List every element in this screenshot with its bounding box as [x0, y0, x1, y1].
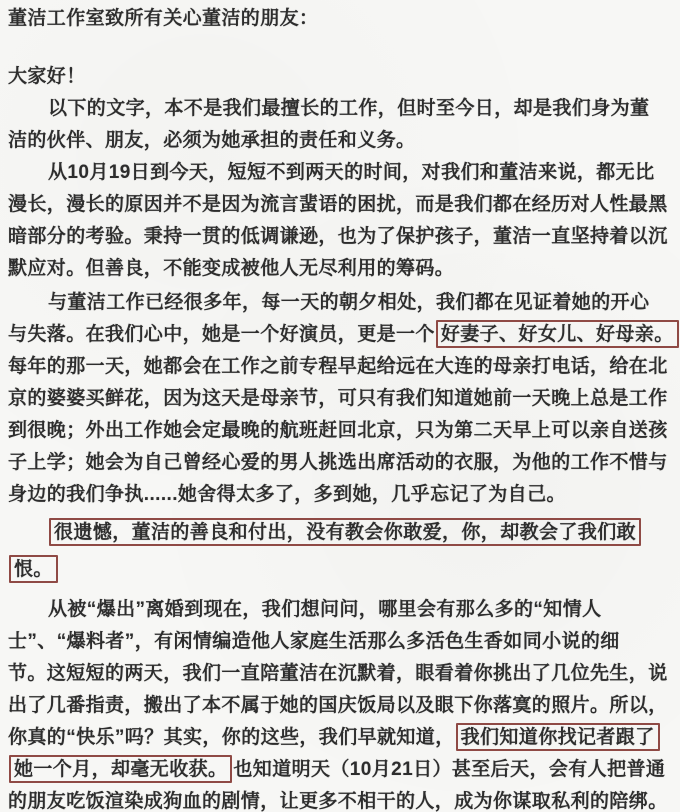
letter-line: 默应对。但善良，不能变成被他人无尽利用的筹码。 [8, 253, 672, 285]
text-segment: 与失落。在我们心中，她是一个好演员，更是一个 [8, 324, 435, 345]
text-segment: 京的婆婆买鲜花，因为这天是母亲节，可只有我们知道她前一天晚上总是工作 [8, 388, 668, 409]
letter-line: 与董洁工作已经很多年，每一天的朝夕相处，我们都在见证着她的开心 [8, 287, 672, 319]
text-segment: 节。这短短的两天，我们一直陪董洁在沉默着，眼看着你挑出了几位先生，说 [8, 663, 668, 684]
text-segment: 以下的文字，本不是我们最擅长的工作，但时至今日，却是我们身为董 [48, 98, 649, 119]
letter-line: 出了几番指责，搬出了本不属于她的国庆饭局以及眼下你落寞的照片。所以， [8, 690, 672, 722]
text-segment: 每年的那一天，她都会在工作之前专程早起给远在大连的母亲打电话，给在北 [8, 356, 668, 377]
text-segment: 也知道明天（10月21日）甚至后天，会有人把普通 [233, 759, 665, 780]
letter-body: 董洁工作室致所有关心董洁的朋友：大家好！以下的文字，本不是我们最擅长的工作，但时… [8, 3, 672, 812]
text-segment: 的朋友吃饭渲染成狗血的剧情，让更多不相干的人，成为你谋取私利的陪绑。 [8, 791, 668, 812]
letter-line: 漫长，漫长的原因并不是因为流言蜚语的困扰，而是我们都在经历对人性最黑 [8, 189, 672, 221]
red-box-highlight: 恨。 [9, 555, 58, 583]
letter-line: 洁的伙伴、朋友，必须为她承担的责任和义务。 [8, 125, 672, 157]
text-segment: 从10月19日到今天，短短不到两天的时间，对我们和董洁来说，都无比 [48, 162, 654, 183]
letter-line: 与失落。在我们心中，她是一个好演员，更是一个好妻子、好女儿、好母亲。 [8, 319, 672, 351]
letter-line: 暗部分的考验。秉持一贯的低调谦逊，也为了保护孩子，董洁一直坚持着以沉 [8, 221, 672, 253]
letter-line: 以下的文字，本不是我们最擅长的工作，但时至今日，却是我们身为董 [8, 93, 672, 125]
red-box-highlight: 很遗憾，董洁的善良和付出，没有教会你敢爱，你，却教会了我们敢 [49, 518, 641, 546]
letter-line: 子上学；她会为自己曾经心爱的男人挑选出席活动的衣服，为他的工作不惜与 [8, 447, 672, 479]
letter-line: 的朋友吃饭渲染成狗血的剧情，让更多不相干的人，成为你谋取私利的陪绑。 [8, 786, 672, 812]
text-segment: 暗部分的考验。秉持一贯的低调谦逊，也为了保护孩子，董洁一直坚持着以沉 [8, 226, 668, 247]
letter-line: 从10月19日到今天，短短不到两天的时间，对我们和董洁来说，都无比 [8, 157, 672, 189]
text-segment: 到很晚；外出工作她会定最晚的航班赶回北京，只为第二天早上可以亲自送孩 [8, 420, 668, 441]
text-segment: 与董洁工作已经很多年，每一天的朝夕相处，我们都在见证着她的开心 [48, 292, 649, 313]
red-box-highlight: 我们知道你找记者跟了 [456, 723, 660, 751]
letter-greeting: 大家好！ [8, 61, 672, 93]
red-box-highlight: 好妻子、好女儿、好母亲。 [436, 320, 679, 348]
text-segment: 从被“爆出”离婚到现在，我们想问问，哪里会有那么多的“知情人 [48, 599, 602, 620]
letter-line: 很遗憾，董洁的善良和付出，没有教会你敢爱，你，却教会了我们敢 [8, 514, 672, 551]
text-segment: 默应对。但善良，不能变成被他人无尽利用的筹码。 [8, 258, 454, 279]
letter-line: 恨。 [8, 551, 672, 588]
red-box-highlight: 她一个月，却毫无收获。 [9, 755, 232, 783]
text-segment: 身边的我们争执......她舍得太多了，多到她，几乎忘记了为自己。 [8, 484, 566, 505]
letter-line: 从被“爆出”离婚到现在，我们想问问，哪里会有那么多的“知情人 [8, 594, 672, 626]
text-segment: 大家好！ [8, 66, 86, 87]
letter-line: 每年的那一天，她都会在工作之前专程早起给远在大连的母亲打电话，给在北 [8, 351, 672, 383]
letter-line: 京的婆婆买鲜花，因为这天是母亲节，可只有我们知道她前一天晚上总是工作 [8, 383, 672, 415]
letter-line: 到很晚；外出工作她会定最晚的航班赶回北京，只为第二天早上可以亲自送孩 [8, 415, 672, 447]
letter-line: 她一个月，却毫无收获。也知道明天（10月21日）甚至后天，会有人把普通 [8, 754, 672, 786]
text-segment: 漫长，漫长的原因并不是因为流言蜚语的困扰，而是我们都在经历对人性最黑 [8, 194, 668, 215]
letter-line: 身边的我们争执......她舍得太多了，多到她，几乎忘记了为自己。 [8, 479, 672, 511]
document-page: 董洁工作室致所有关心董洁的朋友：大家好！以下的文字，本不是我们最擅长的工作，但时… [0, 0, 680, 812]
text-segment: 子上学；她会为自己曾经心爱的男人挑选出席活动的衣服，为他的工作不惜与 [8, 452, 668, 473]
letter-salutation: 董洁工作室致所有关心董洁的朋友： [8, 3, 672, 35]
text-segment: 洁的伙伴、朋友，必须为她承担的责任和义务。 [8, 130, 415, 151]
text-segment: 出了几番指责，搬出了本不属于她的国庆饭局以及眼下你落寞的照片。所以， [8, 695, 668, 716]
text-segment: 士”、“爆料者”，有闲情编造他人家庭生活那么多活色生香如同小说的细 [8, 631, 620, 652]
text-segment: 董洁工作室致所有关心董洁的朋友： [8, 8, 318, 29]
letter-line: 节。这短短的两天，我们一直陪董洁在沉默着，眼看着你挑出了几位先生，说 [8, 658, 672, 690]
letter-line: 你真的“快乐”吗？其实，你的这些，我们早就知道，我们知道你找记者跟了 [8, 722, 672, 754]
text-segment: 你真的“快乐”吗？其实，你的这些，我们早就知道， [8, 727, 455, 748]
letter-line: 士”、“爆料者”，有闲情编造他人家庭生活那么多活色生香如同小说的细 [8, 626, 672, 658]
